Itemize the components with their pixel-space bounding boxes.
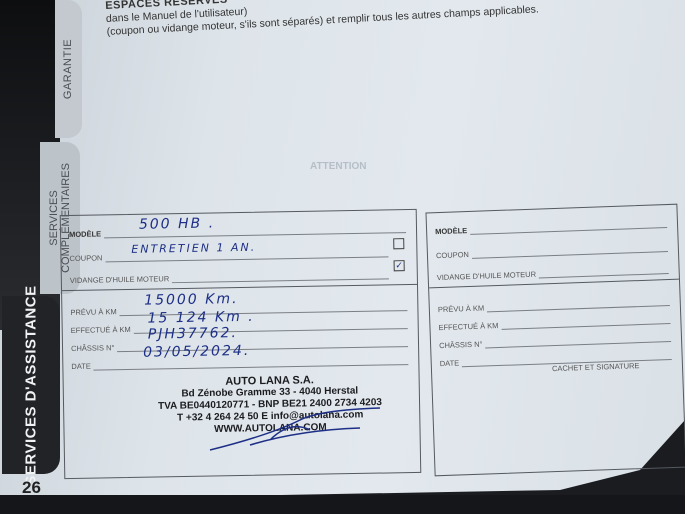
background-bottom xyxy=(0,495,685,514)
field-chassis: CHÂSSIS N° xyxy=(439,333,671,350)
field-effectue: EFFECTUÉ À KM xyxy=(438,315,670,332)
value-effectue: 15 124 Km . xyxy=(147,309,254,327)
value-prevu: 15000 Km. xyxy=(144,291,239,309)
field-modele: MODÈLE xyxy=(435,219,667,236)
value-coupon: ENTRETIEN 1 AN. xyxy=(131,241,256,256)
field-coupon: COUPON xyxy=(436,243,668,260)
field-vidange: VIDANGE D'HUILE MOTEUR xyxy=(70,270,389,285)
divider xyxy=(62,284,417,291)
tab-label: SERVICES D'ASSISTANCE xyxy=(23,285,40,485)
value-date: 03/05/2024. xyxy=(143,343,250,361)
field-prevu: PRÉVU À KM xyxy=(438,297,670,314)
coupon-checkbox[interactable] xyxy=(393,238,404,249)
value-modele: 500 HB . xyxy=(139,215,215,232)
service-form-empty: MODÈLE COUPON VIDANGE D'HUILE MOTEUR PRÉ… xyxy=(425,204,685,477)
signature xyxy=(150,400,390,455)
tab-label: GARANTIE xyxy=(63,39,75,99)
cachet-label: CACHET ET SIGNATURE xyxy=(552,361,640,373)
faded-heading: ATTENTION xyxy=(310,160,366,173)
tab-garantie[interactable]: GARANTIE xyxy=(55,0,82,138)
vidange-checkbox[interactable]: ✓ xyxy=(394,260,405,271)
field-modele: MODÈLE xyxy=(69,224,406,239)
page-number: 26 xyxy=(22,478,41,498)
tab-services-assistance[interactable]: SERVICES D'ASSISTANCE xyxy=(2,296,60,474)
value-chassis: PJH37762. xyxy=(148,325,238,343)
